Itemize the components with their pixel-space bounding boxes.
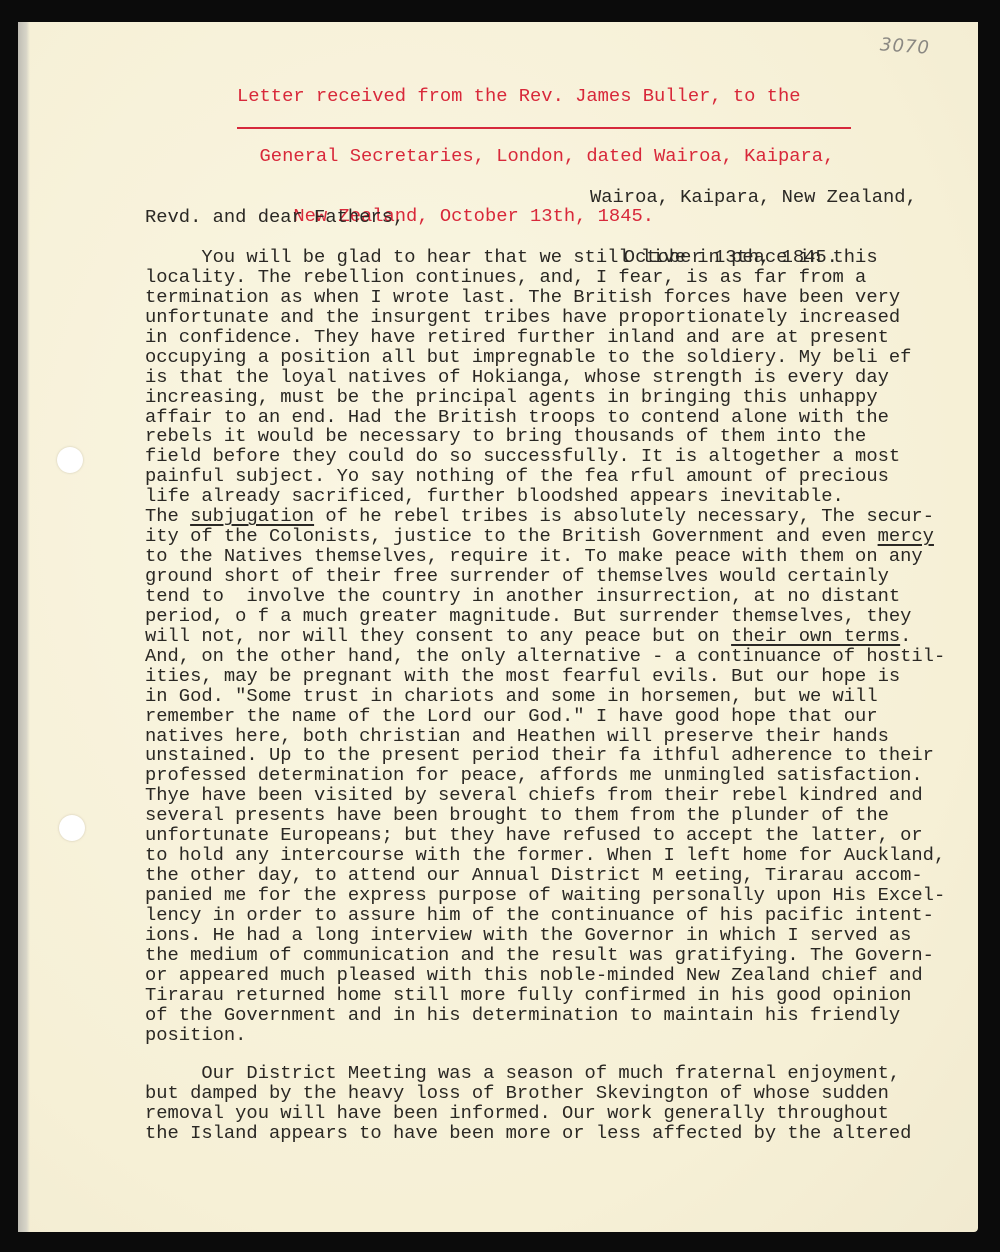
text-line: Tirarau returned home still more fully c… (145, 986, 945, 1006)
text-line: locality. The rebellion continues, and, … (145, 268, 945, 288)
text-line: And, on the other hand, the only alterna… (145, 647, 945, 667)
text-line: the medium of communication and the resu… (145, 946, 945, 966)
header-divider (237, 127, 851, 129)
punch-hole-bottom (59, 815, 85, 841)
underlined-text: subjugation (190, 505, 314, 527)
text-line: professed determination for peace, affor… (145, 766, 945, 786)
text-line: removal you will have been informed. Our… (145, 1104, 911, 1124)
text-line: but damped by the heavy loss of Brother … (145, 1084, 911, 1104)
text-line: rebels it would be necessary to bring th… (145, 427, 945, 447)
text-segment: will not, nor will they consent to any p… (145, 625, 731, 647)
text-line: panied me for the express purpose of wai… (145, 886, 945, 906)
page-edge-shadow (18, 22, 30, 1232)
paragraph-1: You will be glad to hear that we still l… (145, 248, 945, 1046)
text-line: period, o f a much greater magnitude. Bu… (145, 607, 945, 627)
text-line: unstained. Up to the present period thei… (145, 746, 945, 766)
punch-hole-top (57, 447, 83, 473)
text-line: The subjugation of he rebel tribes is ab… (145, 507, 945, 527)
text-segment: The (145, 505, 190, 527)
text-line: Thye have been visited by several chiefs… (145, 786, 945, 806)
text-segment: . (900, 625, 911, 647)
text-line: increasing, must be the principal agents… (145, 388, 945, 408)
text-line: lency in order to assure him of the cont… (145, 906, 945, 926)
text-line: field before they could do so successful… (145, 447, 945, 467)
text-line: occupying a position all but impregnable… (145, 348, 945, 368)
letter-page: 3070 Letter received from the Rev. James… (18, 22, 978, 1232)
text-line: several presents have been brought to th… (145, 806, 945, 826)
text-line: the Island appears to have been more or … (145, 1124, 911, 1144)
text-line: in God. "Some trust in chariots and some… (145, 687, 945, 707)
text-line: You will be glad to hear that we still l… (145, 248, 945, 268)
text-line: the other day, to attend our Annual Dist… (145, 866, 945, 886)
text-line: ity of the Colonists, justice to the Bri… (145, 527, 945, 547)
text-line: unfortunate and the insurgent tribes hav… (145, 308, 945, 328)
text-line: painful subject. Yo say nothing of the f… (145, 467, 945, 487)
underlined-text: mercy (878, 525, 934, 547)
text-line: tend to involve the country in another i… (145, 587, 945, 607)
paragraph-2: Our District Meeting was a season of muc… (145, 1064, 911, 1144)
text-line: remember the name of the Lord our God." … (145, 707, 945, 727)
text-line: will not, nor will they consent to any p… (145, 627, 945, 647)
text-line: to hold any intercourse with the former.… (145, 846, 945, 866)
text-line: unfortunate Europeans; but they have ref… (145, 826, 945, 846)
archive-number: 3070 (879, 34, 930, 58)
text-segment: of he rebel tribes is absolutely necessa… (314, 505, 934, 527)
text-line: life already sacrificed, further bloodsh… (145, 487, 945, 507)
underlined-text: their own terms (731, 625, 900, 647)
text-line: ground short of their free surrender of … (145, 567, 945, 587)
text-line: termination as when I wrote last. The Br… (145, 288, 945, 308)
text-line: natives here, both christian and Heathen… (145, 727, 945, 747)
text-segment: ity of the Colonists, justice to the Bri… (145, 525, 878, 547)
text-line: ities, may be pregnant with the most fea… (145, 667, 945, 687)
text-line: or appeared much pleased with this noble… (145, 966, 945, 986)
text-line: affair to an end. Had the British troops… (145, 408, 945, 428)
address-line: Wairoa, Kaipara, New Zealand, (590, 188, 917, 208)
header-line: Letter received from the Rev. James Bull… (237, 87, 834, 107)
text-line: ions. He had a long interview with the G… (145, 926, 945, 946)
text-line: Our District Meeting was a season of muc… (145, 1064, 911, 1084)
text-line: of the Government and in his determinati… (145, 1006, 945, 1026)
text-line: in confidence. They have retired further… (145, 328, 945, 348)
salutation: Revd. and dear Fathers, (145, 208, 404, 228)
text-line: is that the loyal natives of Hokianga, w… (145, 368, 945, 388)
text-line: position. (145, 1026, 945, 1046)
text-line: to the Natives themselves, require it. T… (145, 547, 945, 567)
